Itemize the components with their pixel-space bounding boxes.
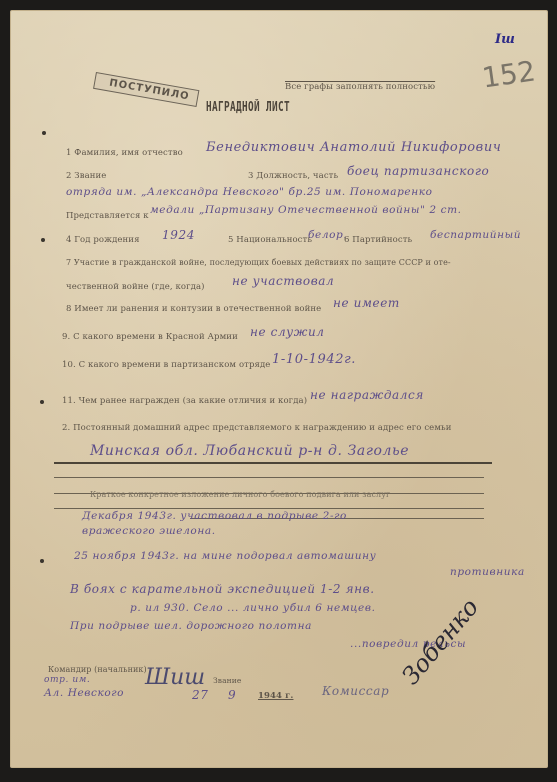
commander-label: Командир (начальник) xyxy=(48,665,147,674)
field-1-label: 1 Фамилия, имя отчество xyxy=(66,148,183,158)
commander-unit-line2: Ал. Невского xyxy=(44,687,124,699)
award-sheet: Ιш 152 Все графы заполнять полностью ПОС… xyxy=(10,10,548,768)
punch-hole xyxy=(41,238,45,242)
field-1-value: Бенедиктович Анатолий Никифорович xyxy=(206,140,501,155)
commander-signature: Шиш xyxy=(145,665,205,690)
punch-hole xyxy=(40,559,44,563)
feat-line-5: В боях с карательной экспедицией 1-2 янв… xyxy=(70,582,375,596)
field-5-label: 5 Национальность xyxy=(228,235,312,245)
feat-line-6: р. ил 930. Село ... лично убил 6 немцев. xyxy=(130,602,376,614)
field-12-label: 2. Постоянный домашний адрес представляе… xyxy=(62,423,452,433)
field-8-label: 8 Имеет ли ранения и контузии в отечеств… xyxy=(66,304,321,314)
field-10-value: 1-10-1942г. xyxy=(272,352,356,367)
field-11-label: 11. Чем ранее награжден (за какие отличи… xyxy=(62,396,307,406)
field-7-value: не участвовал xyxy=(232,274,334,288)
field-2-label: 2 Звание xyxy=(66,171,106,181)
instruction-text: Все графы заполнять полностью xyxy=(285,82,435,92)
address-line-1 xyxy=(54,462,492,464)
field-9-value: не служил xyxy=(250,325,325,339)
page-title: НАГРАДНОЙ ЛИСТ xyxy=(206,100,290,115)
punch-hole xyxy=(40,400,44,404)
field-11-value: не награждался xyxy=(310,388,424,402)
feat-line-4: противника xyxy=(450,566,525,578)
date-day: 27 xyxy=(192,688,208,702)
address-line-2 xyxy=(54,477,484,478)
field-7-label-line1: 7 Участие в гражданской войне, последующ… xyxy=(66,258,451,267)
field-4-value: 1924 xyxy=(162,228,195,242)
rank-label: Звание xyxy=(213,676,241,685)
feat-line-1: Декабря 1943г. участвовал в подрыве 2-го xyxy=(82,510,347,522)
feat-line-2: вражеского эшелона. xyxy=(82,525,216,537)
date-year: 1944 г. xyxy=(258,691,293,701)
field-9-label: 9. С какого времени в Красной Армии xyxy=(62,332,238,342)
field-6-value: беспартийный xyxy=(430,229,521,241)
field-3-value-line1: боец партизанского xyxy=(347,164,489,178)
field-4-label: 4 Год рождения xyxy=(66,235,140,245)
nominated-value: медали „Партизану Отечественной войны" 2… xyxy=(150,204,462,216)
field-3-value-line2: отряда им. „Александра Невского" бр.25 и… xyxy=(66,186,433,198)
field-12-value: Минская обл. Любанский р-н д. Заголье xyxy=(90,443,409,459)
feat-line-3: 25 ноября 1943г. на мине подорвал автома… xyxy=(74,550,376,562)
field-5-value: белор. xyxy=(308,229,347,241)
feat-line-7: При подрыве шел. дорожного полотна xyxy=(70,620,312,632)
nominated-label: Представляется к xyxy=(66,211,149,221)
corner-ink-mark: Ιш xyxy=(495,32,515,47)
field-6-label: 6 Партийность xyxy=(344,235,412,245)
address-line-4 xyxy=(54,508,484,509)
field-7-label-line2: чественной войне (где, когда) xyxy=(66,282,205,292)
received-stamp: ПОСТУПИЛО xyxy=(93,72,200,107)
punch-hole xyxy=(42,131,46,135)
feat-label: Краткое конкретное изложение личного бое… xyxy=(90,490,390,499)
commissar-title: Комиссар xyxy=(322,684,389,698)
date-month: 9 xyxy=(228,688,236,702)
archive-number: 152 xyxy=(480,54,538,94)
field-3-label: 3 Должность, часть xyxy=(248,171,338,181)
commander-unit-line1: отр. им. xyxy=(44,675,90,685)
field-8-value: не имеет xyxy=(333,296,400,310)
field-10-label: 10. С какого времени в партизанском отря… xyxy=(62,360,270,370)
